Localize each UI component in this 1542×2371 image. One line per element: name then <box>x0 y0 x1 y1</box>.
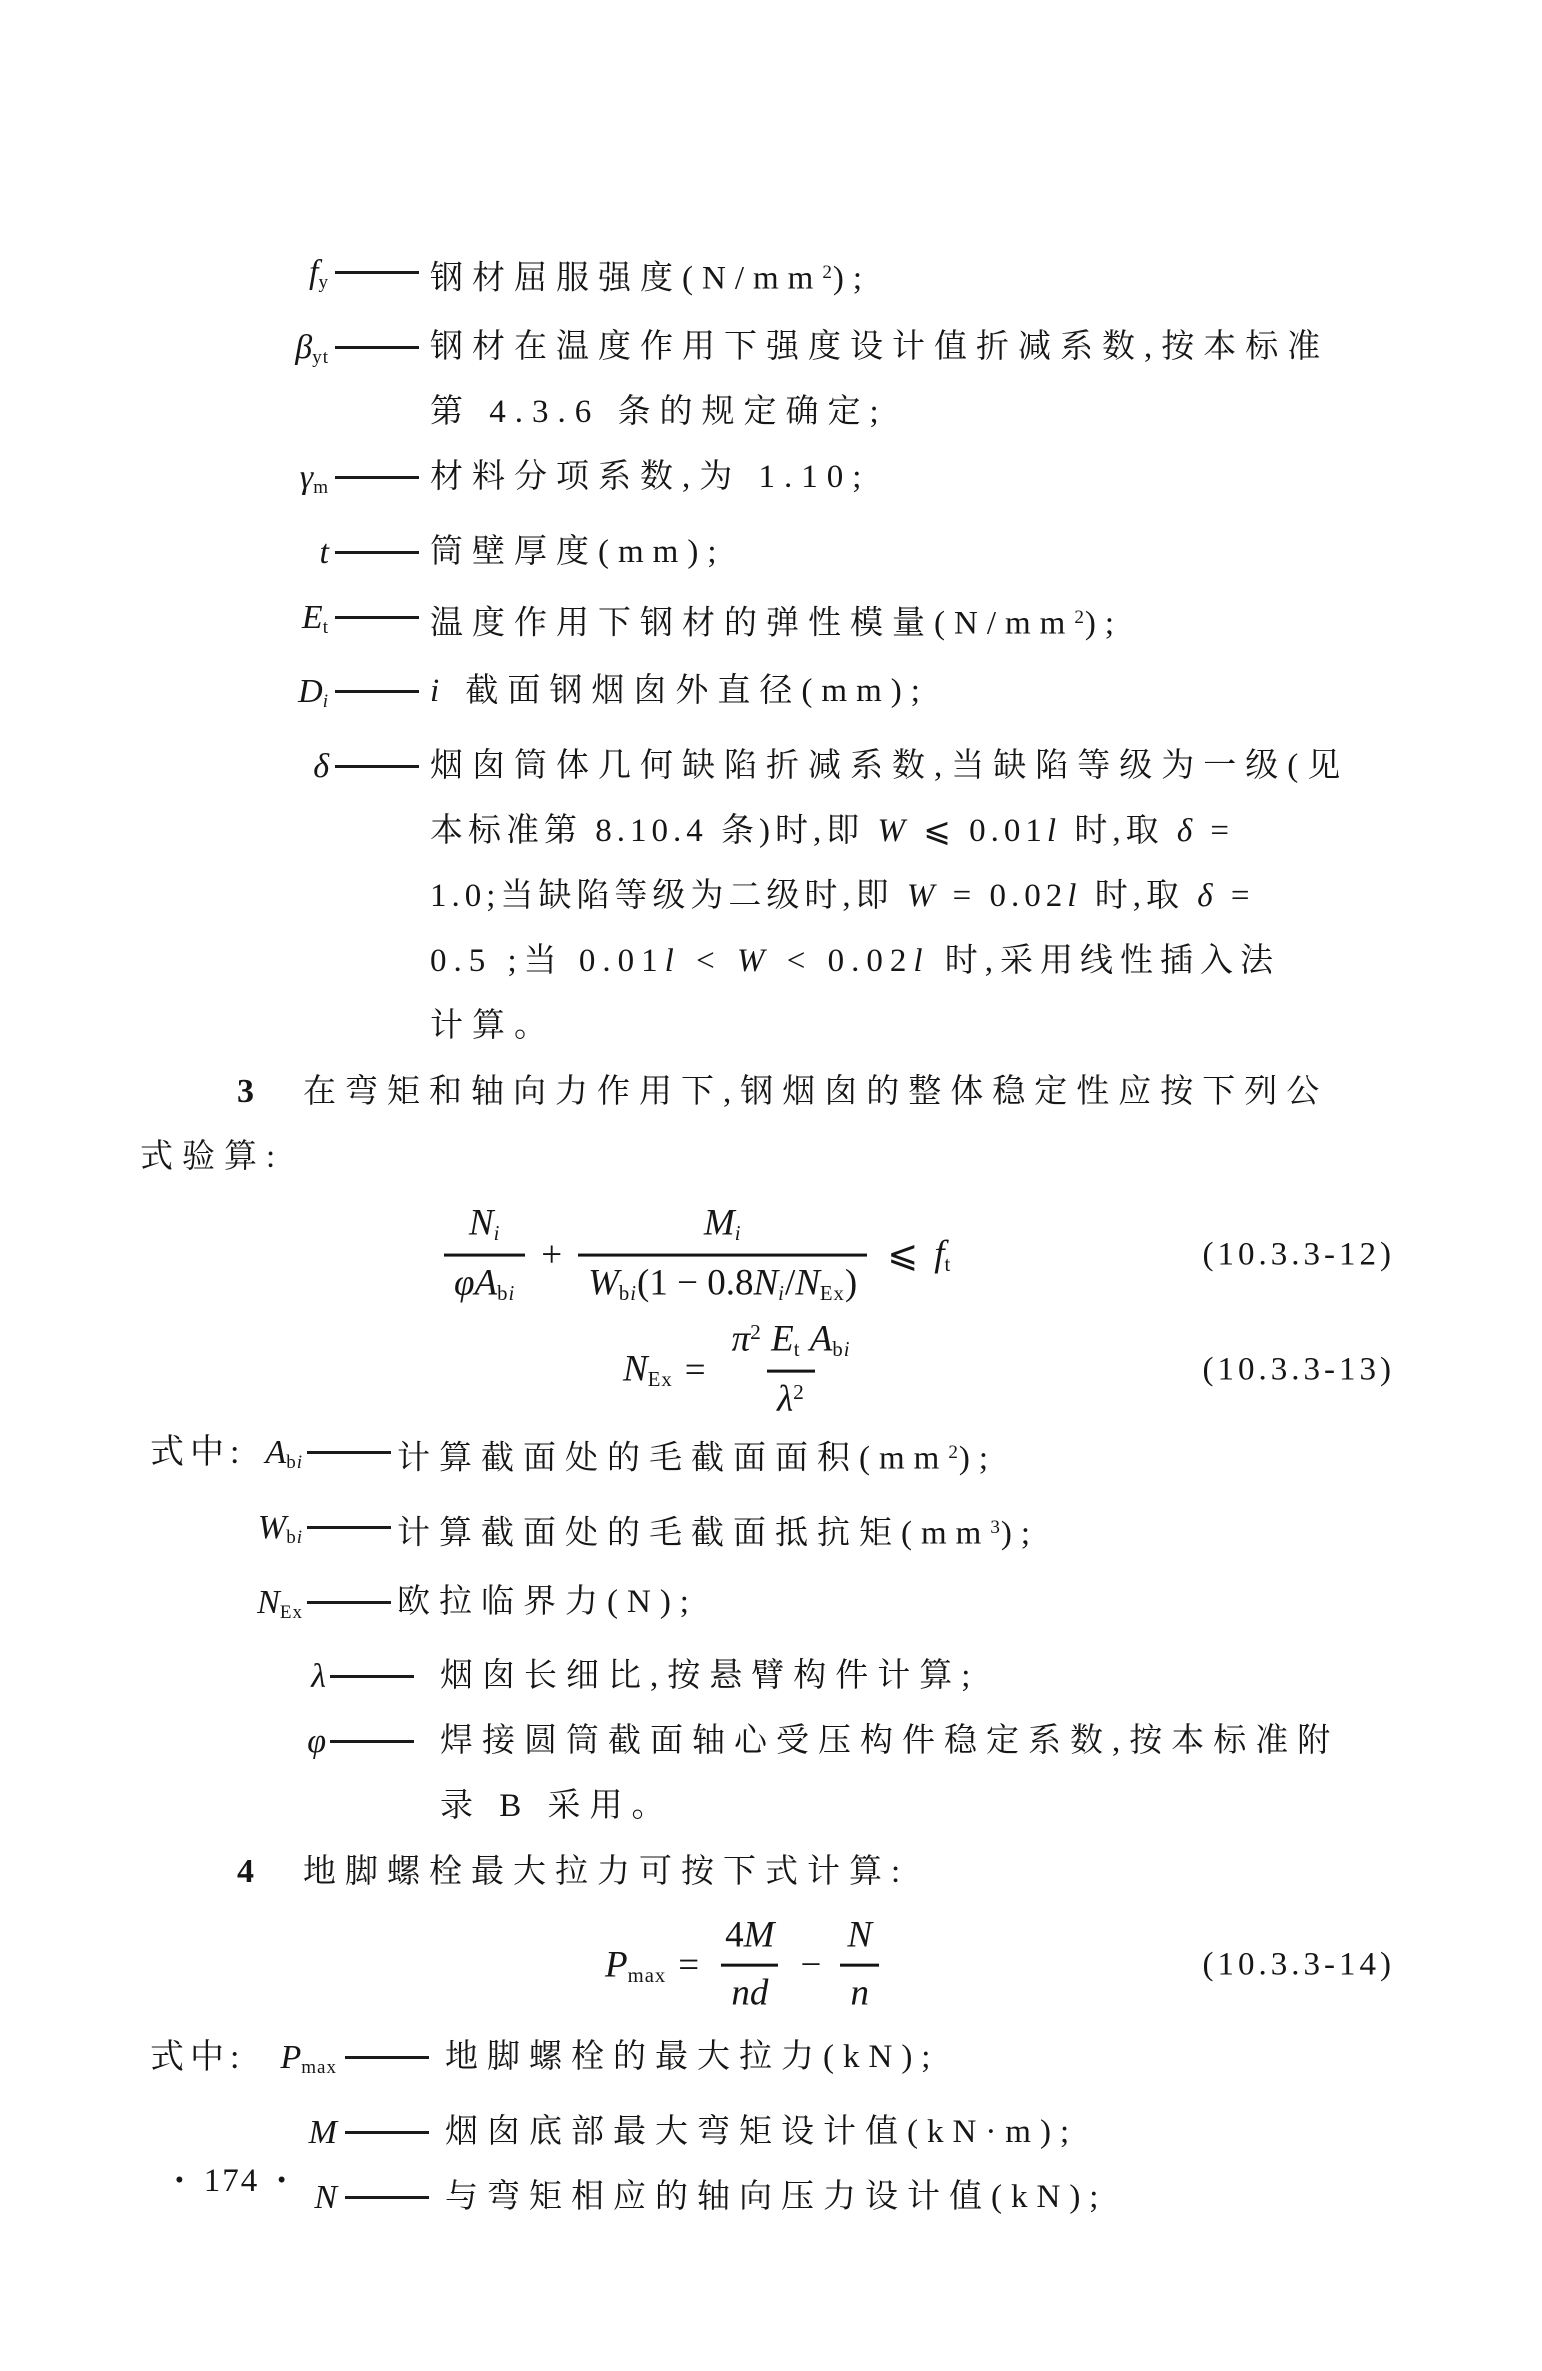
dash-rule <box>307 1526 391 1529</box>
dash-rule <box>335 551 419 554</box>
definition-row: M 烟囱底部最大弯矩设计值(kN·m); <box>140 2100 1395 2165</box>
paragraph-3-line-2: 式验算: <box>140 1125 1395 1190</box>
dash-rule <box>335 765 419 768</box>
fraction: N n <box>837 1917 882 2014</box>
definition-dash <box>330 1644 440 1709</box>
equals-operator: = <box>678 1944 699 1987</box>
symbol-term: γm <box>140 445 335 520</box>
definition-text-line: 录 B 采用。 <box>440 1774 1395 1839</box>
definition-dash <box>307 1495 397 1560</box>
symbol-term: Pmax <box>280 2025 337 2100</box>
definition-row: λ 烟囱长细比,按悬臂构件计算; <box>140 1644 1395 1709</box>
paragraph-text: 地脚螺栓最大拉力可按下式计算: <box>303 1854 909 1890</box>
equation-body: NEx = π2 Et Abi λ2 <box>623 1321 864 1420</box>
definition-text-line: 计算。 <box>430 994 1395 1059</box>
symbol-term: λ <box>311 1644 326 1709</box>
dash-rule <box>345 2056 429 2059</box>
definition-text-line: 材料分项系数,为 1.10; <box>430 445 1395 510</box>
dash-rule <box>345 2196 429 2199</box>
dash-rule <box>330 1740 414 1743</box>
definition-dash <box>345 2100 445 2165</box>
symbol-term: M <box>309 2100 337 2165</box>
plus-operator: + <box>541 1234 562 1277</box>
definition-row: φ 焊接圆筒截面轴心受压构件稳定系数,按本标准附 录 B 采用。 <box>140 1709 1395 1839</box>
equation-number: (10.3.3-13) <box>1203 1352 1395 1389</box>
footer-dot: • <box>277 2156 288 2206</box>
definition-dash <box>335 520 430 585</box>
dash-rule <box>330 1675 414 1678</box>
definition-row: γm 材料分项系数,为 1.10; <box>140 445 1395 520</box>
definition-text-line: 0.5 ;当 0.01l < W < 0.02l 时,采用线性插入法 <box>430 929 1395 994</box>
definition-dash <box>335 315 430 380</box>
clause-number: 3 <box>237 1073 254 1110</box>
fraction: π2 Et Abi λ2 <box>722 1321 861 1420</box>
definition-dash <box>335 445 430 510</box>
definition-row: Et 温度作用下钢材的弹性模量(N/mm2); <box>140 585 1395 660</box>
dash-rule <box>307 1451 391 1454</box>
definition-text-line: 钢材在温度作用下强度设计值折减系数,按本标准 <box>430 315 1395 380</box>
paragraph-3-line-1: 3在弯矩和轴向力作用下,钢烟囱的整体稳定性应按下列公 <box>140 1059 1395 1125</box>
equation-number: (10.3.3-12) <box>1203 1237 1395 1274</box>
definition-text-line: 筒壁厚度(mm); <box>430 520 1395 585</box>
equation-lhs: Pmax <box>605 1943 666 1987</box>
definition-dash <box>307 1570 397 1635</box>
definition-text-line: 欧拉临界力(N); <box>397 1570 1395 1635</box>
minus-operator: − <box>800 1944 821 1987</box>
definition-dash <box>345 2025 445 2090</box>
symbol-term: N <box>314 2165 337 2230</box>
definition-text-line: 烟囱筒体几何缺陷折减系数,当缺陷等级为一级(见 <box>430 734 1395 799</box>
dash-rule <box>335 616 419 619</box>
equation-lhs: NEx <box>623 1348 673 1392</box>
footer-dot: • <box>175 2156 186 2206</box>
symbol-term: βyt <box>140 315 335 390</box>
page-content: fy 钢材屈服强度(N/mm2); βyt 钢材在温度作用下强度设计值折减系数,… <box>140 0 1395 2230</box>
definition-row: NEx 欧拉临界力(N); <box>140 1570 1395 1645</box>
definition-text-line: 烟囱长细比,按悬臂构件计算; <box>440 1644 1395 1709</box>
definition-text-line: 本标准第 8.10.4 条)时,即 W ⩽ 0.01l 时,取 δ = <box>430 799 1395 864</box>
dash-rule <box>335 476 419 479</box>
definition-dash <box>335 734 430 799</box>
definition-row: fy 钢材屈服强度(N/mm2); <box>140 240 1395 315</box>
dash-rule <box>335 690 419 693</box>
definition-dash <box>335 585 430 650</box>
paragraph-4-line-1: 4地脚螺栓最大拉力可按下式计算: <box>140 1839 1395 1905</box>
definition-dash <box>335 240 430 305</box>
definition-text-line: i 截面钢烟囱外直径(mm); <box>430 659 1395 724</box>
definition-text-line: 地脚螺栓的最大拉力(kN); <box>445 2025 1395 2090</box>
where-label: 式中: <box>150 2025 245 2100</box>
symbol-term: Et <box>140 585 335 660</box>
fraction: 4M nd <box>715 1917 784 2014</box>
definition-row: 式中:Abi 计算截面处的毛截面面积(mm2); <box>140 1420 1395 1495</box>
definition-dash <box>345 2165 445 2230</box>
fraction: Ni φAbi <box>444 1205 525 1306</box>
definition-text-line: 钢材屈服强度(N/mm2); <box>430 240 1395 312</box>
dash-rule <box>335 271 419 274</box>
dash-rule <box>307 1601 391 1604</box>
equals-operator: = <box>685 1348 706 1391</box>
symbol-term: fy <box>140 240 335 315</box>
definition-text-line: 计算截面处的毛截面抵抗矩(mm3); <box>397 1495 1395 1567</box>
symbol-term: Abi <box>265 1420 303 1495</box>
dash-rule <box>335 346 419 349</box>
definition-text-line: 焊接圆筒截面轴心受压构件稳定系数,按本标准附 <box>440 1709 1395 1774</box>
definition-dash <box>307 1420 397 1485</box>
page-footer: • 174 • <box>175 2156 288 2206</box>
less-equal-operator: ⩽ <box>887 1233 918 1277</box>
definition-row: t 筒壁厚度(mm); <box>140 520 1395 585</box>
symbol-term: t <box>140 520 335 585</box>
document-page: fy 钢材屈服强度(N/mm2); βyt 钢材在温度作用下强度设计值折减系数,… <box>0 0 1542 2371</box>
definition-row: Wbi 计算截面处的毛截面抵抗矩(mm3); <box>140 1495 1395 1570</box>
definition-text-line: 1.0;当缺陷等级为二级时,即 W = 0.02l 时,取 δ = <box>430 864 1395 929</box>
definition-row: 式中:Pmax 地脚螺栓的最大拉力(kN); <box>140 2025 1395 2100</box>
equation-number: (10.3.3-14) <box>1203 1947 1395 1984</box>
fraction: Mi Wbi(1 − 0.8Ni/NEx) <box>578 1205 867 1306</box>
equation-10-3-3-12: Ni φAbi + Mi Wbi(1 − 0.8Ni/NEx) ⩽ ft (10… <box>140 1190 1395 1320</box>
equation-rhs: ft <box>934 1233 951 1277</box>
equation-body: Pmax = 4M nd − N n <box>605 1917 886 2014</box>
definition-text-line: 与弯矩相应的轴向压力设计值(kN); <box>445 2165 1395 2230</box>
clause-number: 4 <box>237 1853 254 1890</box>
equation-10-3-3-13: NEx = π2 Et Abi λ2 (10.3.3-13) <box>140 1320 1395 1420</box>
definition-dash <box>335 659 430 724</box>
definition-text-line: 计算截面处的毛截面面积(mm2); <box>397 1420 1395 1492</box>
page-number: 174 <box>204 2156 260 2206</box>
definition-text-line: 烟囱底部最大弯矩设计值(kN·m); <box>445 2100 1395 2165</box>
symbol-term: Di <box>140 659 335 734</box>
equation-body: Ni φAbi + Mi Wbi(1 − 0.8Ni/NEx) ⩽ ft <box>440 1205 951 1306</box>
dash-rule <box>345 2131 429 2134</box>
equation-10-3-3-14: Pmax = 4M nd − N n (10.3.3-14) <box>140 1905 1395 2025</box>
symbol-term: Wbi <box>258 1495 303 1570</box>
definition-text-line: 温度作用下钢材的弹性模量(N/mm2); <box>430 585 1395 657</box>
symbol-term: φ <box>307 1709 326 1774</box>
definition-row: δ 烟囱筒体几何缺陷折减系数,当缺陷等级为一级(见 本标准第 8.10.4 条)… <box>140 734 1395 1059</box>
symbol-term: NEx <box>257 1570 303 1645</box>
definition-row: βyt 钢材在温度作用下强度设计值折减系数,按本标准 第 4.3.6 条的规定确… <box>140 315 1395 445</box>
definition-row: Di i 截面钢烟囱外直径(mm); <box>140 659 1395 734</box>
where-label: 式中: <box>150 1420 245 1495</box>
definition-text-line: 第 4.3.6 条的规定确定; <box>430 380 1395 445</box>
symbol-term: δ <box>140 734 335 799</box>
paragraph-text: 在弯矩和轴向力作用下,钢烟囱的整体稳定性应按下列公 <box>303 1074 1328 1110</box>
definition-row: N 与弯矩相应的轴向压力设计值(kN); <box>140 2165 1395 2230</box>
definition-dash <box>330 1709 440 1774</box>
